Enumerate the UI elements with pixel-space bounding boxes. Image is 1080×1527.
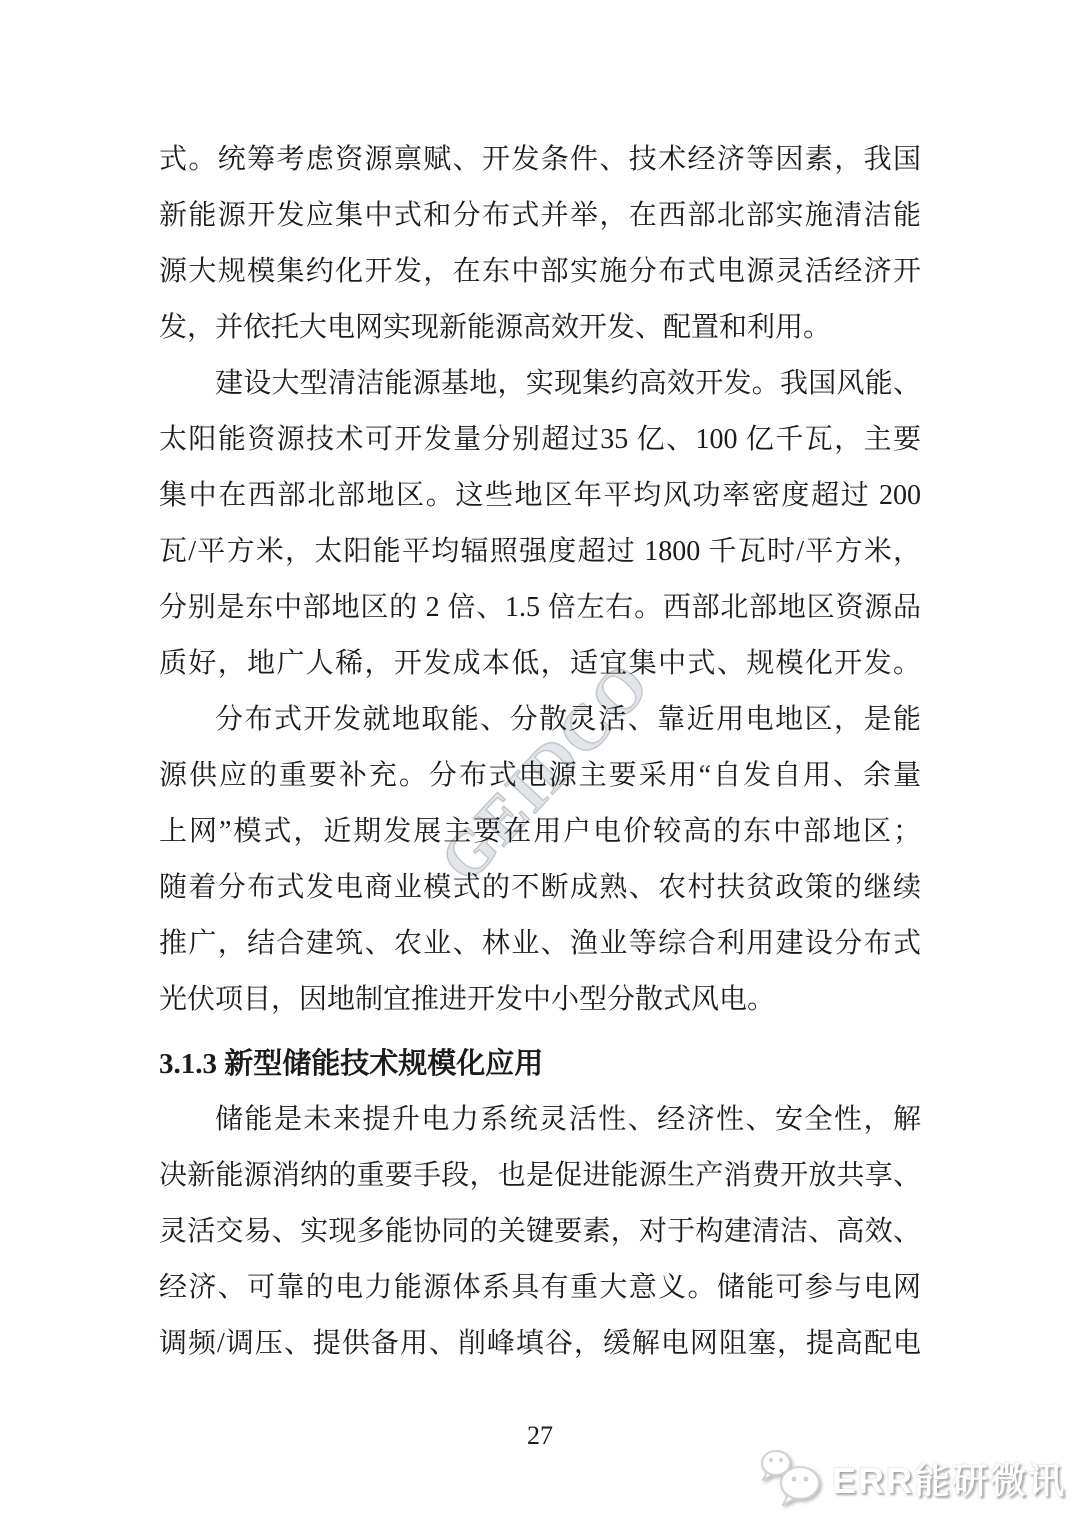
text-line: 太阳能资源技术可开发量分别超过35 亿、100 亿千瓦，主要 xyxy=(159,412,921,468)
text-line: 发，并依托大电网实现新能源高效开发、配置和利用。 xyxy=(159,300,921,356)
text-line: 建设大型清洁能源基地，实现集约高效开发。我国风能、 xyxy=(159,356,921,412)
text-line: 分别是东中部地区的 2 倍、1.5 倍左右。西部北部地区资源品 xyxy=(159,580,921,636)
text-line: 集中在西部北部地区。这些地区年平均风功率密度超过 200 xyxy=(159,468,921,524)
document-page: GEIDCO 式。统筹考虑资源禀赋、开发条件、技术经济等因素，我国新能源开发应集… xyxy=(0,0,1080,1527)
text-line: 随着分布式发电商业模式的不断成熟、农村扶贫政策的继续 xyxy=(159,860,921,916)
wechat-icon xyxy=(760,1449,824,1507)
page-number: 27 xyxy=(0,1421,1080,1451)
text-line: 源供应的重要补充。分布式电源主要采用“自发自用、余量 xyxy=(159,748,921,804)
text-line: 瓦/平方米，太阳能平均辐照强度超过 1800 千瓦时/平方米， xyxy=(159,524,921,580)
text-line: 源大规模集约化开发，在东中部实施分布式电源灵活经济开 xyxy=(159,244,921,300)
text-line: 决新能源消纳的重要手段，也是促进能源生产消费开放共享、 xyxy=(159,1148,921,1204)
text-line: 上网”模式，近期发展主要在用户电价较高的东中部地区； xyxy=(159,804,921,860)
text-line: 新能源开发应集中式和分布式并举，在西部北部实施清洁能 xyxy=(159,188,921,244)
text-line: 经济、可靠的电力能源体系具有重大意义。储能可参与电网 xyxy=(159,1260,921,1316)
text-line: 光伏项目，因地制宜推进开发中小型分散式风电。 xyxy=(159,972,921,1028)
text-block: 式。统筹考虑资源禀赋、开发条件、技术经济等因素，我国新能源开发应集中式和分布式并… xyxy=(159,132,921,1372)
section-heading: 3.1.3 新型储能技术规模化应用 xyxy=(159,1036,921,1092)
text-line: 调频/调压、提供备用、削峰填谷，缓解电网阻塞，提高配电 xyxy=(159,1316,921,1372)
text-line: 推广，结合建筑、农业、林业、渔业等综合利用建设分布式 xyxy=(159,916,921,972)
text-line: 灵活交易、实现多能协同的关键要素，对于构建清洁、高效、 xyxy=(159,1204,921,1260)
text-line: 质好，地广人稀，开发成本低，适宜集中式、规模化开发。 xyxy=(159,636,921,692)
brand-watermark: ERR能研微讯 xyxy=(760,1449,1066,1507)
text-line: 分布式开发就地取能、分散灵活、靠近用电地区，是能 xyxy=(159,692,921,748)
text-line: 式。统筹考虑资源禀赋、开发条件、技术经济等因素，我国 xyxy=(159,132,921,188)
text-line: 储能是未来提升电力系统灵活性、经济性、安全性，解 xyxy=(159,1092,921,1148)
brand-text: ERR能研微讯 xyxy=(832,1453,1066,1504)
